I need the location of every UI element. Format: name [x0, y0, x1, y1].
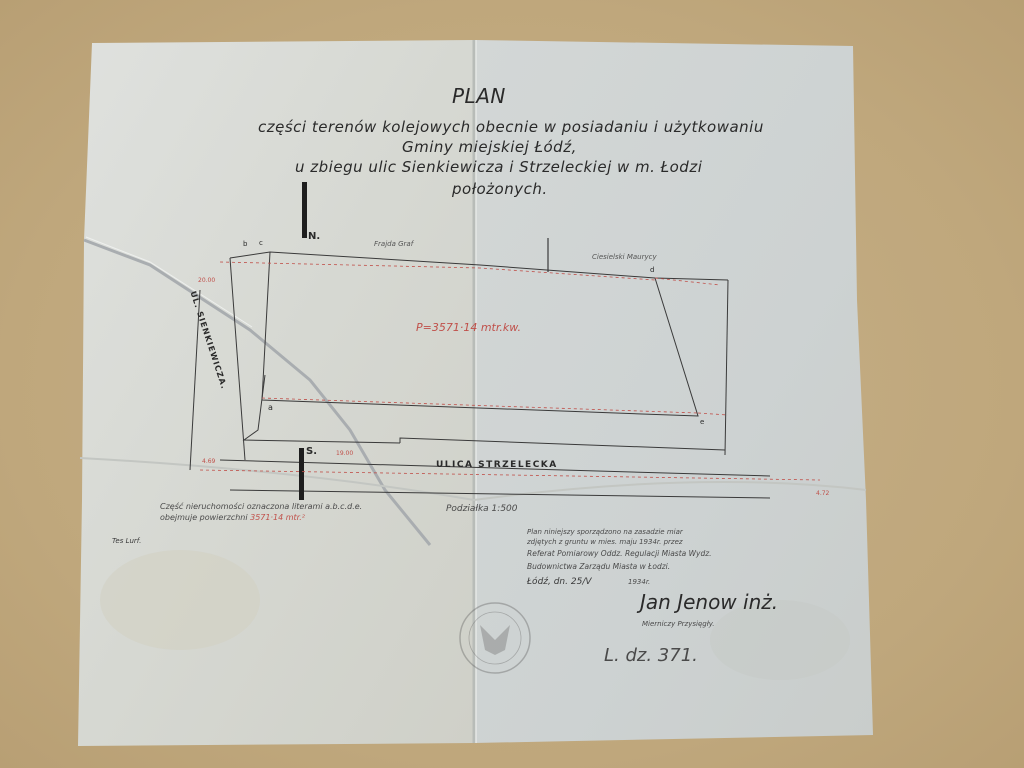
official-stamp	[460, 603, 530, 673]
corner-label-c: c	[259, 239, 263, 247]
title-line-2: Gminy miejskiej Łódź,	[402, 138, 577, 156]
registry-number: L. dz. 371.	[604, 645, 698, 666]
legend-line-1: Część nieruchomości oznaczona literami a…	[160, 502, 362, 511]
corner-label-b: b	[243, 240, 247, 248]
certification-line-4: Budownictwa Zarządu Miasta w Łodzi.	[527, 562, 670, 571]
parcel-map	[0, 0, 1024, 768]
photograph-background: PLAN części terenów kolejowych obecnie w…	[0, 0, 1024, 768]
certification-line-2: zdjętych z gruntu w mies. maju 1934r. pr…	[527, 538, 683, 546]
surveyor-title: Mierniczy Przysięgły.	[642, 620, 715, 628]
certification-line-3: Referat Pomiarowy Oddz. Regulacji Miasta…	[527, 549, 712, 558]
title-line-1: części terenów kolejowych obecnie w posi…	[258, 118, 764, 136]
corner-label-d: d	[650, 266, 654, 274]
south-east-mark: 4.72	[816, 490, 829, 497]
south-west-mark: 4.69	[202, 458, 215, 465]
street-label-strzelecka: ULICA STRZELECKA	[436, 460, 558, 470]
certification-date: Łódź, dn. 25/V	[527, 577, 592, 587]
south-label: S.	[306, 446, 317, 457]
west-offset-measurement: 20.00	[198, 277, 215, 284]
neighbor-north-west: Frajda Graf	[374, 240, 413, 248]
title-line-3: u zbiegu ulic Sienkiewicza i Strzeleckie…	[295, 158, 702, 176]
certification-line-1: Plan niniejszy sporządzono na zasadzie m…	[527, 528, 683, 536]
corner-label-e: e	[700, 418, 704, 426]
certification-year: 1934r.	[628, 578, 650, 586]
street-width-measurement: 19.00	[336, 450, 353, 457]
corner-label-a: a	[268, 403, 273, 412]
margin-note: Tes Lurf.	[112, 537, 141, 545]
legend-line-2: obejmuje powierzchni 3571·14 mtr.²	[160, 513, 305, 522]
title-line-4: położonych.	[452, 180, 548, 198]
document-heading: PLAN	[452, 84, 506, 108]
legend-line-2-prefix: obejmuje powierzchni	[160, 513, 248, 522]
surveyor-signature: Jan Jenow inż.	[640, 590, 778, 614]
scale-label: Podziałka 1:500	[446, 504, 518, 514]
parcel-area-label: P=3571·14 mtr.kw.	[416, 321, 521, 334]
north-label: N.	[308, 231, 320, 242]
neighbor-north-east: Ciesielski Maurycy	[592, 253, 657, 261]
legend-area-value: 3571·14 mtr.²	[250, 513, 305, 522]
